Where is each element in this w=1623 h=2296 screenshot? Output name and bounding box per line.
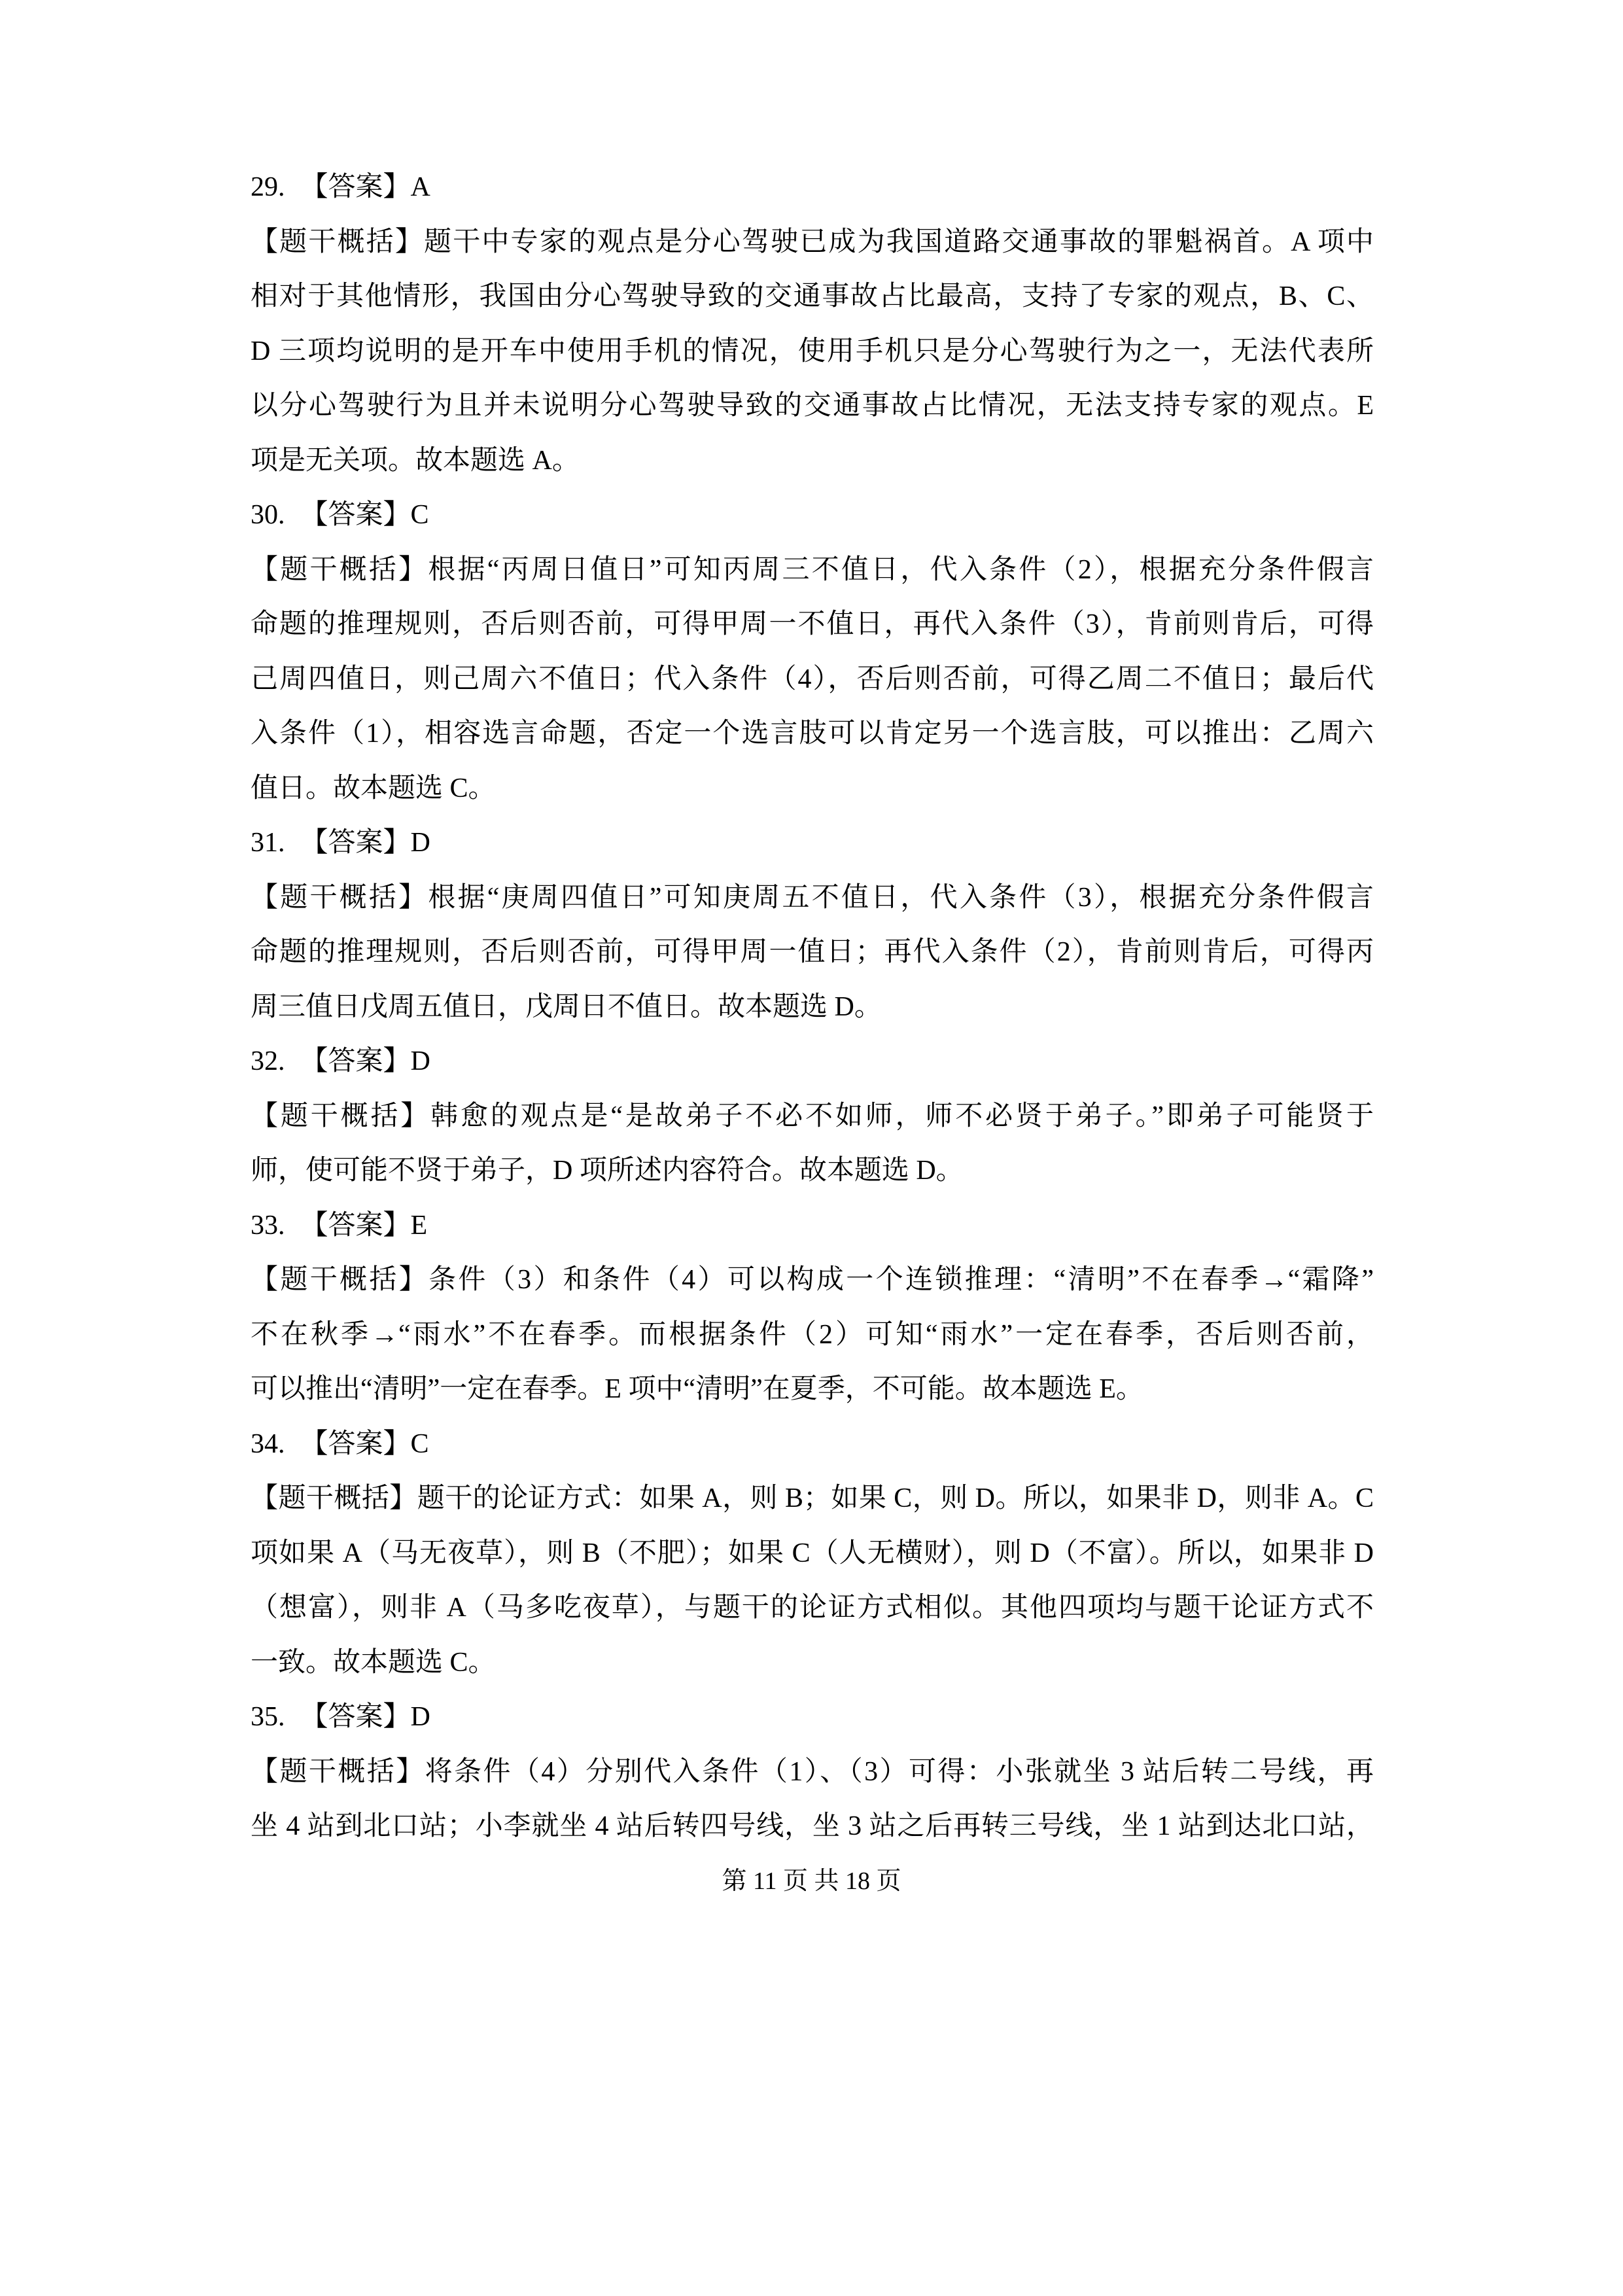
explanation-line: 项是无关项。故本题选 A。 [251,434,1374,489]
answer-label: 【答案】 [301,828,411,858]
explanation-line: 【题干概括】将条件（4）分别代入条件（1）、（3）可得：小张就坐 3 站后转二号… [251,1745,1374,1800]
answer-line: 33.【答案】E [251,1199,1374,1254]
explanation-line: 值日。故本题选 C。 [251,762,1374,817]
answer-letter: A [411,172,430,202]
explanation-line: （想富），则非 A（马多吃夜草），与题干的论证方式相似。其他四项均与题干论证方式… [251,1581,1374,1636]
answer-label: 【答案】 [301,1046,411,1076]
page: { "page": { "background": "#ffffff", "te… [0,0,1623,2296]
question-number: 32. [251,1046,285,1076]
explanation-line: 以分心驾驶行为且并未说明分心驾驶导致的交通事故占比情况，无法支持专家的观点。E [251,379,1374,434]
explanation-line: 周三值日戊周五值日，戊周日不值日。故本题选 D。 [251,980,1374,1035]
answer-line: 35.【答案】D [251,1690,1374,1745]
answer-line: 34.【答案】C [251,1417,1374,1472]
explanation-line: 己周四值日，则己周六不值日；代入条件（4），否后则否前，可得乙周二不值日；最后代 [251,652,1374,707]
answer-line: 30.【答案】C [251,488,1374,543]
document-body: 29.【答案】A【题干概括】题干中专家的观点是分心驾驶已成为我国道路交通事故的罪… [251,160,1374,1854]
explanation-line: 相对于其他情形，我国由分心驾驶导致的交通事故占比最高，支持了专家的观点，B、C、 [251,270,1374,325]
explanation-line: 【题干概括】韩愈的观点是“是故弟子不必不如师，师不必贤于弟子。”即弟子可能贤于 [251,1089,1374,1144]
explanation-line: 一致。故本题选 C。 [251,1636,1374,1691]
question-number: 31. [251,828,285,858]
answer-line: 32.【答案】D [251,1034,1374,1089]
explanation-line: 坐 4 站到北口站；小李就坐 4 站后转四号线，坐 3 站之后再转三号线，坐 1… [251,1799,1374,1854]
answer-letter: C [411,1429,429,1459]
explanation-line: 【题干概括】根据“庚周四值日”可知庚周五不值日，代入条件（3），根据充分条件假言 [251,871,1374,926]
answer-label: 【答案】 [301,1210,411,1241]
explanation-line: 命题的推理规则，否后则否前，可得甲周一不值日，再代入条件（3），肯前则肯后，可得 [251,597,1374,652]
explanation-line: 项如果 A（马无夜草），则 B（不肥）；如果 C（人无横财），则 D（不富）。所… [251,1527,1374,1581]
question-number: 33. [251,1210,285,1241]
answer-label: 【答案】 [301,500,411,530]
explanation-line: 命题的推理规则，否后则否前，可得甲周一值日；再代入条件（2），肯前则肯后，可得丙 [251,925,1374,980]
answer-letter: D [411,828,430,858]
explanation-line: D 三项均说明的是开车中使用手机的情况，使用手机只是分心驾驶行为之一，无法代表所 [251,325,1374,380]
explanation-line: 不在秋季→“雨水”不在春季。而根据条件（2）可知“雨水”一定在春季，否后则否前， [251,1308,1374,1363]
answer-letter: D [411,1046,430,1076]
explanation-line: 入条件（1），相容选言命题，否定一个选言肢可以肯定另一个选言肢，可以推出：乙周六 [251,707,1374,762]
page-footer: 第 11 页 共 18 页 [0,1854,1623,1909]
answer-line: 29.【答案】A [251,160,1374,215]
question-number: 35. [251,1702,285,1732]
explanation-line: 【题干概括】题干中专家的观点是分心驾驶已成为我国道路交通事故的罪魁祸首。A 项中 [251,215,1374,270]
answer-letter: C [411,500,429,530]
answer-label: 【答案】 [301,1429,411,1459]
question-number: 34. [251,1429,285,1459]
explanation-line: 【题干概括】根据“丙周日值日”可知丙周三不值日，代入条件（2），根据充分条件假言 [251,543,1374,598]
explanation-line: 可以推出“清明”一定在春季。E 项中“清明”在夏季，不可能。故本题选 E。 [251,1362,1374,1417]
explanation-line: 【题干概括】题干的论证方式：如果 A，则 B；如果 C，则 D。所以，如果非 D… [251,1472,1374,1527]
explanation-line: 师，使可能不贤于弟子，D 项所述内容符合。故本题选 D。 [251,1144,1374,1199]
answer-letter: D [411,1702,430,1732]
question-number: 30. [251,500,285,530]
answer-label: 【答案】 [301,1702,411,1732]
answer-letter: E [411,1210,428,1241]
answer-label: 【答案】 [301,172,411,202]
explanation-line: 【题干概括】条件（3）和条件（4）可以构成一个连锁推理：“清明”不在春季→“霜降… [251,1253,1374,1308]
question-number: 29. [251,172,285,202]
answer-line: 31.【答案】D [251,816,1374,871]
